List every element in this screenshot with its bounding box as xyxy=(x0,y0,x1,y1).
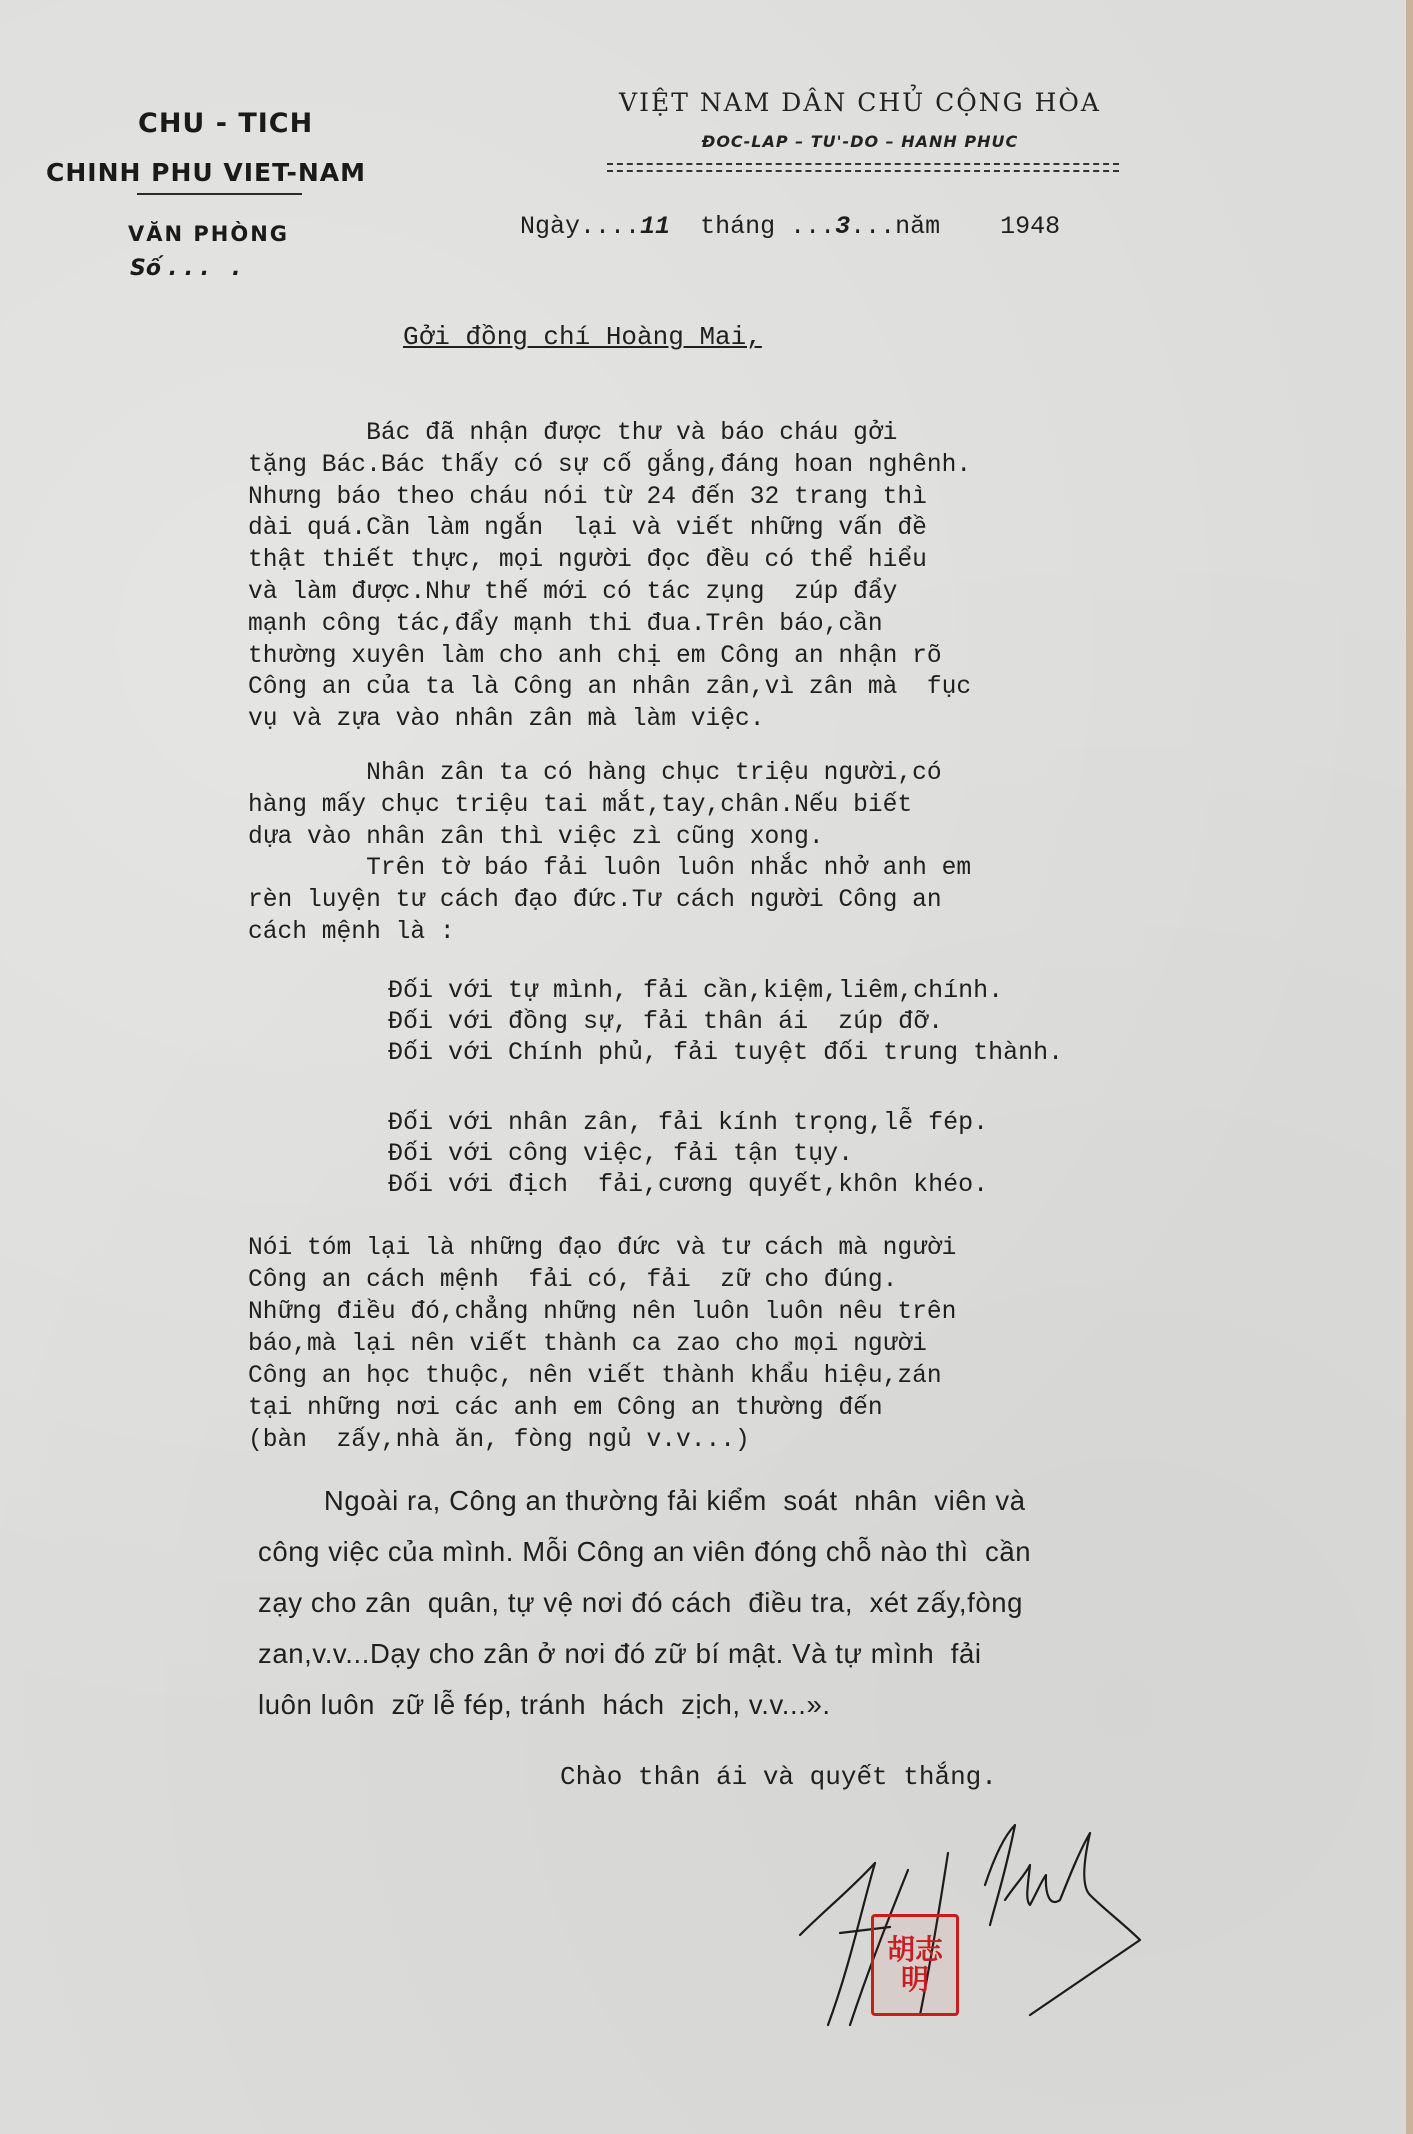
text-line: thật thiết thực, mọi người đọc đều có th… xyxy=(248,545,971,577)
text-line: rèn luyện tư cách đạo đức.Tư cách người … xyxy=(248,885,971,917)
text-line: tại những nơi các anh em Công an thường … xyxy=(248,1393,956,1425)
header-office-title: CHU - TICH xyxy=(138,108,313,139)
text-line: mạnh công tác,đẩy mạnh thi đua.Trên báo,… xyxy=(248,609,971,641)
date-year-label: năm xyxy=(895,212,940,241)
body-paragraph-4: Ngoài ra, Công an thường fải kiểm soát n… xyxy=(258,1475,1031,1730)
text-line: Đối với địch fải,cương quyết,khôn khéo. xyxy=(388,1169,988,1200)
text-line: báo,mà lại nên viết thành ca zao cho mọi… xyxy=(248,1329,956,1361)
text-line: cách mệnh là : xyxy=(248,917,971,949)
letter-page: CHU - TICH CHINH PHU VIET-NAM VĂN PHÒNG … xyxy=(0,0,1406,2134)
date-year: 1948 xyxy=(1000,212,1060,241)
header-divider xyxy=(607,163,1119,165)
header-divider xyxy=(607,170,1119,172)
text-line: Công an học thuộc, nên viết thành khẩu h… xyxy=(248,1361,956,1393)
red-seal-stamp: 胡志明 xyxy=(871,1914,959,2016)
date-month-label: tháng xyxy=(700,212,775,241)
text-line: vụ và zựa vào nhân zân mà làm việc. xyxy=(248,704,971,736)
text-line: Đối với Chính phủ, fải tuyệt đối trung t… xyxy=(388,1037,1063,1068)
text-line: zạy cho zân quân, tự vệ nơi đó cách điều… xyxy=(258,1577,1031,1628)
text-line: Công an của ta là Công an nhân zân,vì zâ… xyxy=(248,672,971,704)
national-motto: ĐOC-LAP – TU'-DO – HANH PHUC xyxy=(600,132,1120,151)
salutation: Gởi đồng chí Hoàng Mai, xyxy=(403,322,762,352)
text-line: tặng Bác.Bác thấy có sự cố gắng,đáng hoa… xyxy=(248,450,971,482)
text-line: Công an cách mệnh fải có, fải zữ cho đún… xyxy=(248,1265,956,1297)
text-line: công việc của mình. Mỗi Công an viên đón… xyxy=(258,1526,1031,1577)
text-line: Đối với đồng sự, fải thân ái zúp đỡ. xyxy=(388,1006,1063,1037)
text-line: dựa vào nhân zân thì việc zì cũng xong. xyxy=(248,822,971,854)
body-paragraph-2: Nhân zân ta có hàng chục triệu người,cóh… xyxy=(248,758,971,949)
duties-list-2: Đối với nhân zân, fải kính trọng,lễ fép.… xyxy=(388,1107,988,1200)
closing-line: Chào thân ái và quyết thắng. xyxy=(560,1762,997,1792)
text-line: Trên tờ báo fải luôn luôn nhắc nhở anh e… xyxy=(248,853,971,885)
text-line: Những điều đó,chẳng những nên luôn luôn … xyxy=(248,1297,956,1329)
signature-icon xyxy=(780,1815,1180,2045)
text-line: Nhân zân ta có hàng chục triệu người,có xyxy=(248,758,971,790)
text-line: và làm được.Như thế mới có tác zụng zúp … xyxy=(248,577,971,609)
date-month: 3 xyxy=(835,212,850,241)
header-government: CHINH PHU VIET-NAM xyxy=(46,158,366,187)
header-underline xyxy=(137,193,302,195)
text-line: Nhưng báo theo cháu nói từ 24 đến 32 tra… xyxy=(248,482,971,514)
text-line: luôn luôn zữ lễ fép, tránh hách zịch, v.… xyxy=(258,1679,1031,1730)
country-name: VIỆT NAM DÂN CHỦ CỘNG HÒA xyxy=(600,88,1120,117)
header-office: VĂN PHÒNG xyxy=(128,222,289,246)
text-line: thường xuyên làm cho anh chị em Công an … xyxy=(248,641,971,673)
text-line: Bác đã nhận được thư và báo cháu gởi xyxy=(248,418,971,450)
date-day: 11 xyxy=(640,212,670,241)
duties-list-1: Đối với tự mình, fải cần,kiệm,liêm,chính… xyxy=(388,975,1063,1068)
body-paragraph-3: Nói tóm lại là những đạo đức và tư cách … xyxy=(248,1233,956,1457)
text-line: Đối với nhân zân, fải kính trọng,lễ fép. xyxy=(388,1107,988,1138)
text-line: zan,v.v...Dạy cho zân ở nơi đó zữ bí mật… xyxy=(258,1628,1031,1679)
text-line: dài quá.Cần làm ngắn lại và viết những v… xyxy=(248,513,971,545)
date-day-label: Ngày xyxy=(520,212,580,241)
text-line: (bàn zấy,nhà ăn, fòng ngủ v.v...) xyxy=(248,1425,956,1457)
text-line: Đối với công việc, fải tận tụy. xyxy=(388,1138,988,1169)
date-line: Ngày....11 tháng ...3...năm 1948 xyxy=(520,212,1060,241)
body-paragraph-1: Bác đã nhận được thư và báo cháu gởitặng… xyxy=(248,418,971,736)
text-line: hàng mấy chục triệu tai mắt,tay,chân.Nếu… xyxy=(248,790,971,822)
text-line: Đối với tự mình, fải cần,kiệm,liêm,chính… xyxy=(388,975,1063,1006)
text-line: Nói tóm lại là những đạo đức và tư cách … xyxy=(248,1233,956,1265)
document-number: Số . . . . xyxy=(130,256,240,281)
text-line: Ngoài ra, Công an thường fải kiểm soát n… xyxy=(258,1475,1031,1526)
